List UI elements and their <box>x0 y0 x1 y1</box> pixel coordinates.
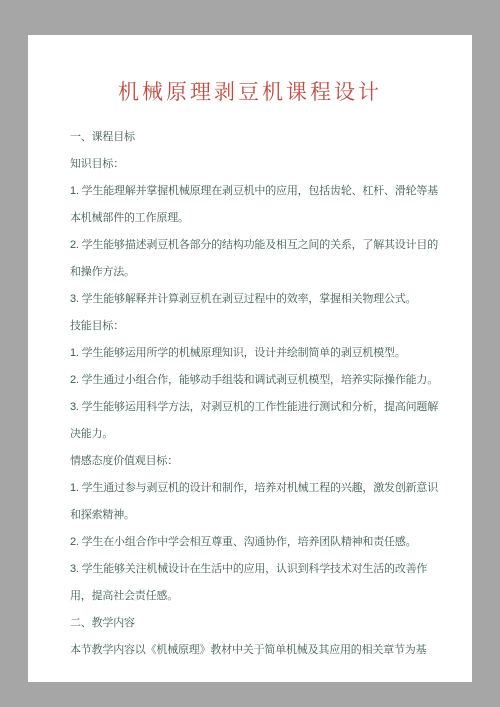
text-line: 用，提高社会责任感。 <box>70 583 430 610</box>
document-body: 一、课程目标知识目标：1. 学生能理解并掌握机械原理在剥豆机中的应用，包括齿轮、… <box>70 124 430 664</box>
text-line: 情感态度价值观目标： <box>70 448 430 475</box>
text-line: 3. 学生能够关注机械设计在生活中的应用，认识到科学技术对生活的改善作 <box>70 556 430 583</box>
text-line: 1. 学生通过参与剥豆机的设计和制作，培养对机械工程的兴趣，激发创新意识 <box>70 475 430 502</box>
text-line: 1. 学生能够运用所学的机械原理知识，设计并绘制简单的剥豆机模型。 <box>70 340 430 367</box>
text-line: 二、教学内容 <box>70 610 430 637</box>
text-line: 技能目标： <box>70 313 430 340</box>
document-title: 机械原理剥豆机课程设计 <box>70 78 430 108</box>
text-line: 决能力。 <box>70 421 430 448</box>
document-page: 机械原理剥豆机课程设计 一、课程目标知识目标：1. 学生能理解并掌握机械原理在剥… <box>28 35 472 682</box>
text-line: 3. 学生能够运用科学方法，对剥豆机的工作性能进行测试和分析，提高问题解 <box>70 394 430 421</box>
text-line: 2. 学生能够描述剥豆机各部分的结构功能及相互之间的关系，了解其设计目的 <box>70 232 430 259</box>
text-line: 一、课程目标 <box>70 124 430 151</box>
text-line: 知识目标： <box>70 151 430 178</box>
text-line: 本机械部件的工作原理。 <box>70 205 430 232</box>
text-line: 和探索精神。 <box>70 502 430 529</box>
text-line: 本节教学内容以《机械原理》教材中关于简单机械及其应用的相关章节为基 <box>70 637 430 664</box>
text-line: 3. 学生能够解释并计算剥豆机在剥豆过程中的效率，掌握相关物理公式。 <box>70 286 430 313</box>
text-line: 2. 学生通过小组合作，能够动手组装和调试剥豆机模型，培养实际操作能力。 <box>70 367 430 394</box>
text-line: 1. 学生能理解并掌握机械原理在剥豆机中的应用，包括齿轮、杠杆、滑轮等基 <box>70 178 430 205</box>
document-frame: { "document": { "title": "机械原理剥豆机课程设计", … <box>0 0 500 707</box>
text-line: 和操作方法。 <box>70 259 430 286</box>
text-line: 2. 学生在小组合作中学会相互尊重、沟通协作，培养团队精神和责任感。 <box>70 529 430 556</box>
